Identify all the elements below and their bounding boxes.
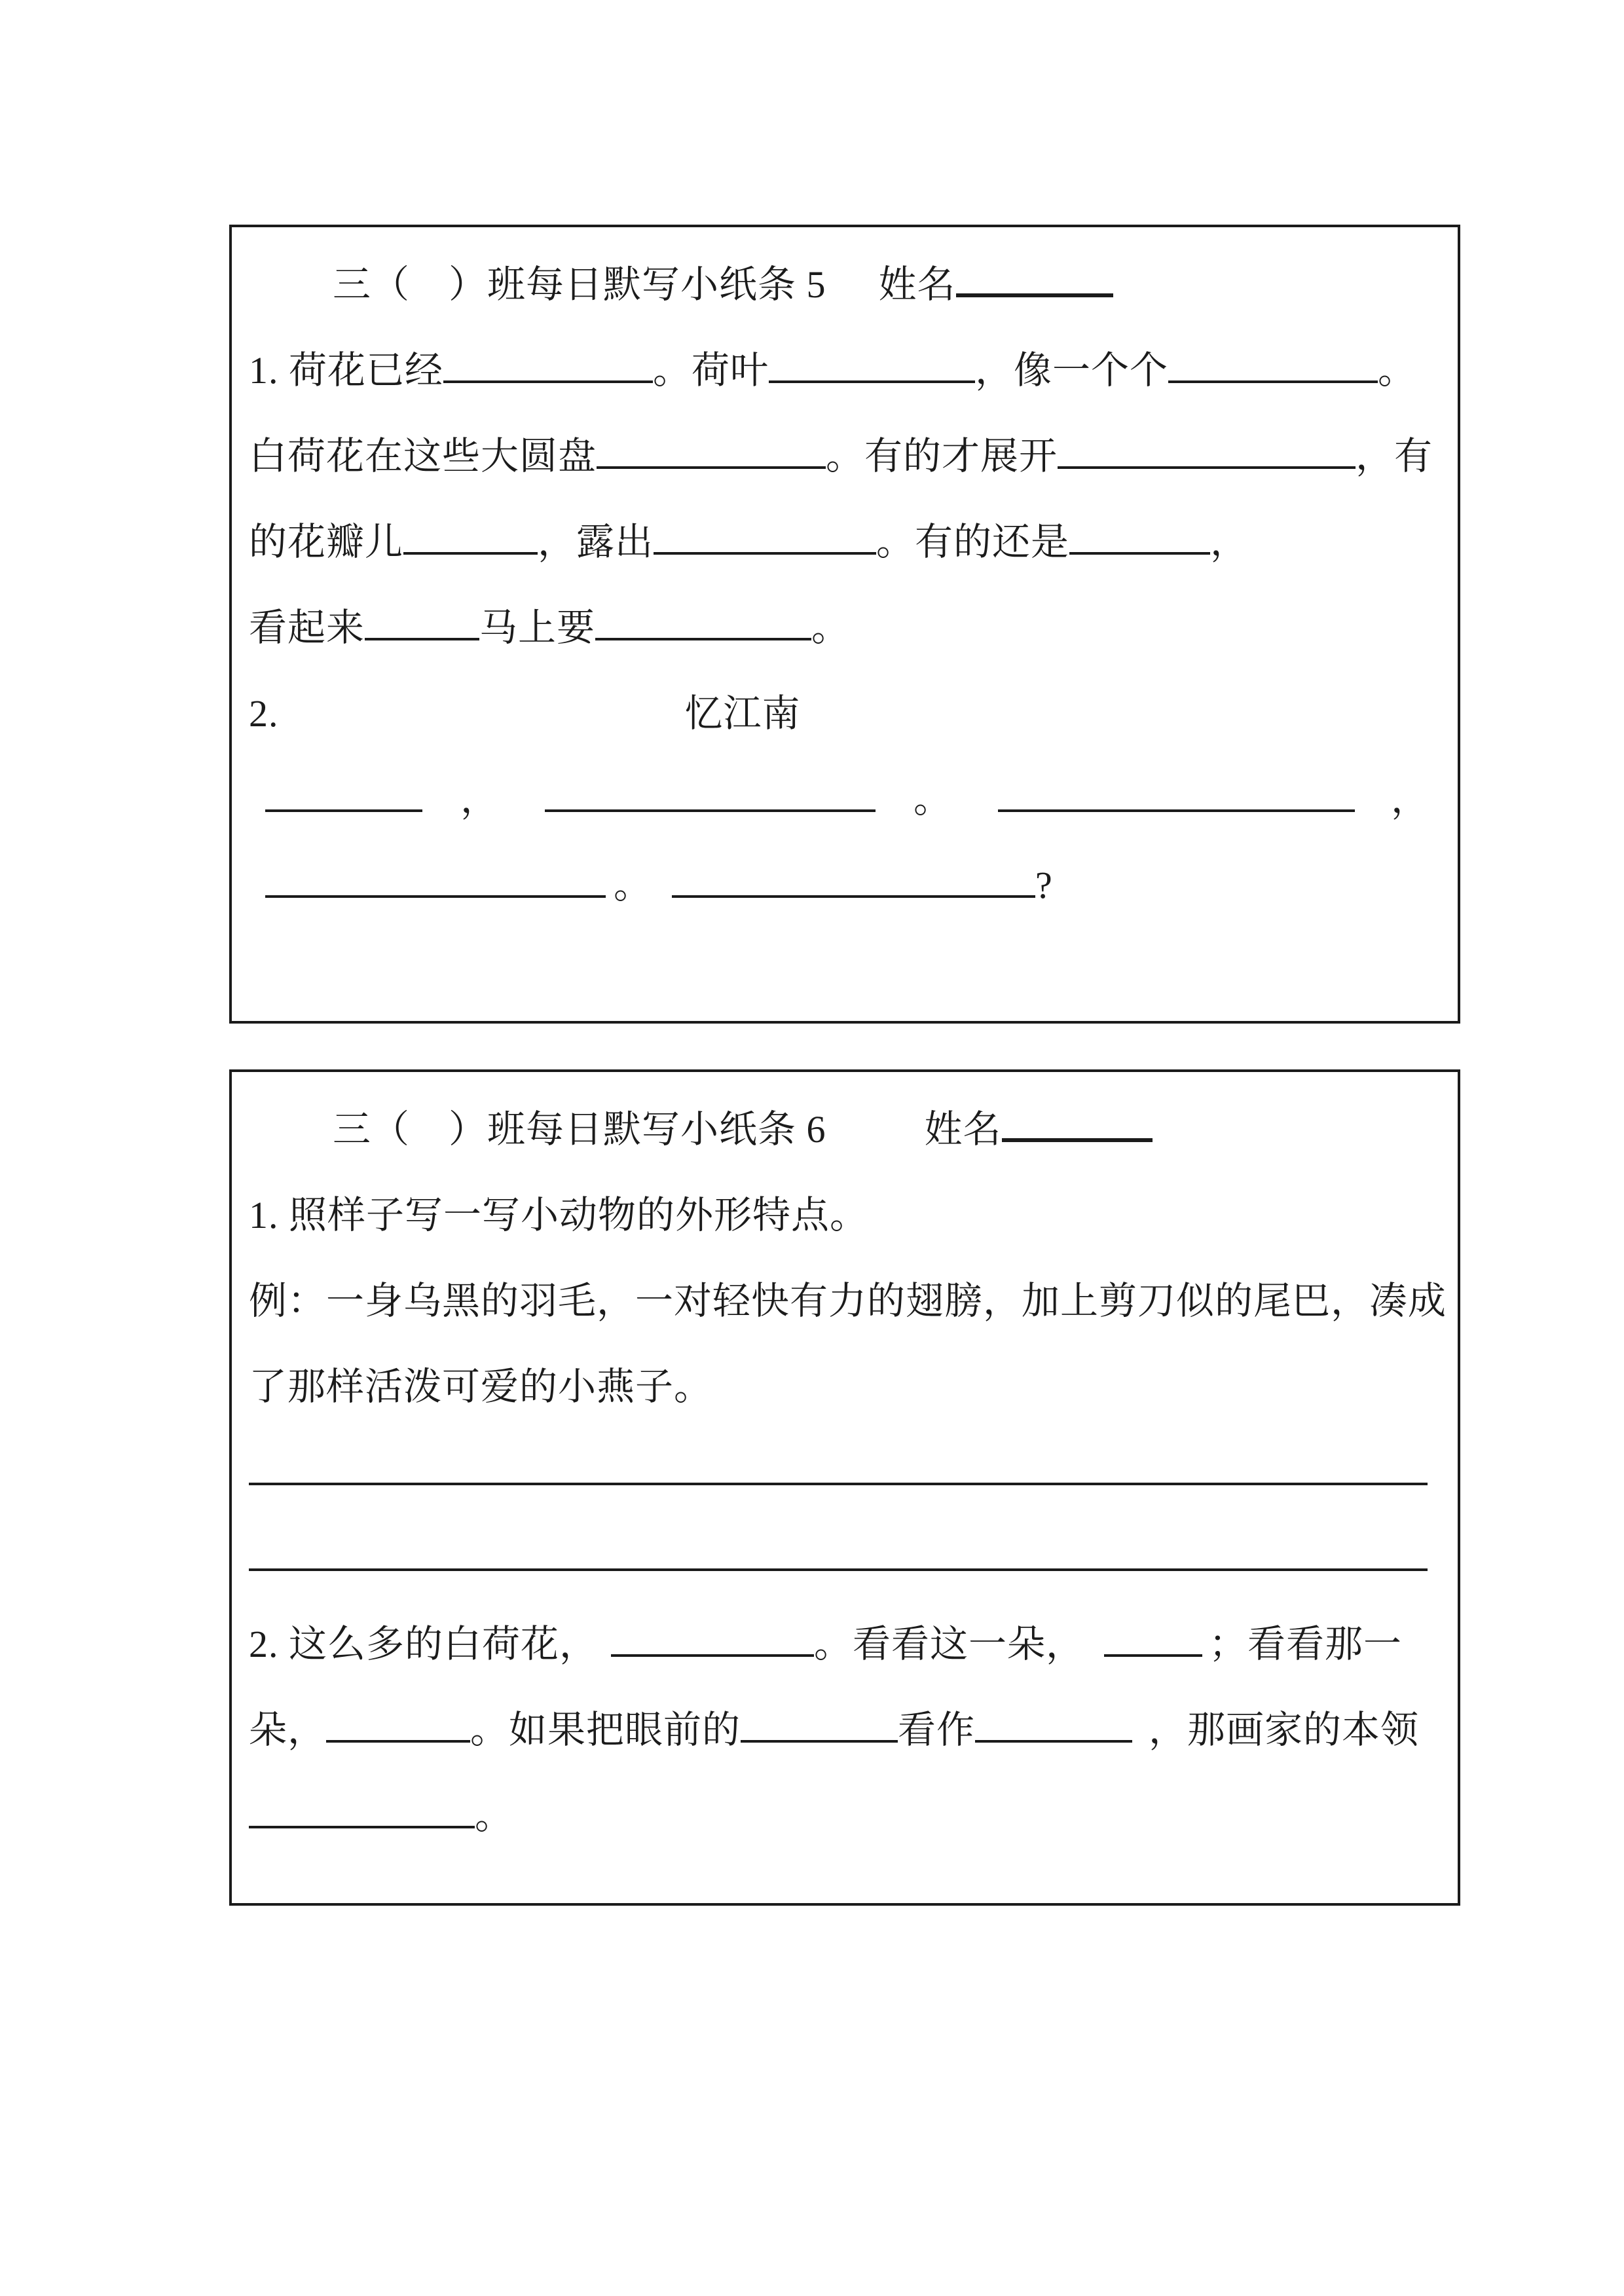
line-text: ，有 bbox=[1356, 435, 1433, 477]
blank-underline bbox=[769, 380, 975, 383]
spacer bbox=[1084, 1656, 1104, 1657]
line-text: ， bbox=[460, 778, 499, 821]
blank-underline bbox=[265, 809, 422, 812]
spacer bbox=[1355, 811, 1391, 812]
worksheet-line: 了那样活泼可爱的小燕子。 bbox=[249, 1344, 1447, 1430]
line-text: 看起来 bbox=[249, 606, 365, 649]
line-text: 。看看这一朵， bbox=[814, 1623, 1084, 1665]
spacer bbox=[826, 297, 879, 297]
blank-underline bbox=[545, 809, 876, 812]
blank-underline bbox=[365, 637, 479, 640]
line-text: 姓名 bbox=[879, 263, 956, 306]
blank-underline bbox=[998, 809, 1355, 812]
blank-underline bbox=[326, 1739, 470, 1743]
line-text: 白荷花在这些大圆盘 bbox=[249, 435, 597, 477]
spacer bbox=[606, 897, 614, 898]
spacer bbox=[249, 1141, 333, 1142]
blank-underline bbox=[975, 1739, 1132, 1743]
line-text: 。有的还是 bbox=[876, 521, 1069, 563]
worksheet-line: 。? bbox=[249, 842, 1447, 928]
line-text: 的花瓣儿 bbox=[249, 521, 403, 563]
spacer bbox=[249, 811, 265, 812]
worksheet-line: 1. 照样子写一写小动物的外形特点。 bbox=[249, 1172, 1447, 1258]
spacer bbox=[652, 897, 672, 898]
line-text: 马上要 bbox=[479, 606, 595, 649]
box-title-row: 三（ ）班每日默写小纸条 5姓名 bbox=[249, 242, 1447, 327]
blank-underline bbox=[1104, 1654, 1202, 1657]
line-text: 。荷叶 bbox=[653, 349, 769, 392]
line-text: ，那画家的本领 bbox=[1149, 1709, 1419, 1751]
blank-underline bbox=[1058, 466, 1356, 469]
blank-underline bbox=[1168, 380, 1378, 383]
line-text: 1. 荷花已经 bbox=[249, 349, 443, 392]
worksheet-line: 1. 荷花已经。荷叶，像一个个。 bbox=[249, 327, 1447, 413]
line-text: 。 bbox=[475, 1794, 513, 1837]
document-page: { "page": { "background": "#ffffff", "in… bbox=[0, 0, 1624, 2296]
line-text: ， bbox=[1391, 778, 1430, 821]
line-text: 。 bbox=[913, 778, 952, 821]
line-text: 。如果把眼前的 bbox=[470, 1709, 741, 1751]
spacer bbox=[279, 726, 685, 726]
line-text: 了那样活泼可爱的小燕子。 bbox=[249, 1365, 712, 1408]
name-underline bbox=[956, 293, 1113, 297]
line-text: 朵， bbox=[249, 1709, 326, 1751]
line-text: 忆江南 bbox=[685, 692, 801, 735]
blank-underline bbox=[249, 1568, 1428, 1571]
spacer bbox=[249, 897, 265, 898]
blank-underline bbox=[265, 895, 606, 898]
box-title-row: 三（ ）班每日默写小纸条 6姓名 bbox=[249, 1086, 1447, 1172]
blank-underline bbox=[403, 551, 538, 555]
line-text: 三（ ）班每日默写小纸条 6 bbox=[333, 1108, 826, 1151]
blank-underline bbox=[595, 637, 811, 640]
worksheet-line bbox=[249, 1515, 1447, 1601]
line-text: ；看看那一 bbox=[1209, 1623, 1402, 1665]
line-text: 看作 bbox=[898, 1709, 975, 1751]
blank-underline bbox=[741, 1739, 898, 1743]
blank-underline bbox=[611, 1654, 814, 1657]
worksheet-line: 的花瓣儿，露出。有的还是， bbox=[249, 499, 1447, 585]
blank-underline bbox=[672, 895, 1035, 898]
spacer bbox=[499, 811, 545, 812]
name-underline bbox=[1002, 1138, 1153, 1142]
line-text: ， bbox=[1210, 521, 1249, 563]
blank-underline bbox=[443, 380, 653, 383]
spacer bbox=[1202, 1656, 1209, 1657]
line-text: ，露出 bbox=[538, 521, 654, 563]
worksheet-line: 2. 这么多的白荷花，。看看这一朵，；看看那一 bbox=[249, 1601, 1447, 1687]
spacer bbox=[249, 297, 333, 297]
worksheet-line: 2.忆江南 bbox=[249, 671, 1447, 756]
spacer bbox=[598, 1656, 611, 1657]
spacer bbox=[952, 811, 998, 812]
line-text: 。 bbox=[614, 864, 652, 906]
spacer bbox=[1132, 1742, 1149, 1743]
line-text: ? bbox=[1035, 864, 1053, 906]
line-text: 例：一身乌黑的羽毛，一对轻快有力的翅膀，加上剪刀似的尾巴，凑成 bbox=[249, 1280, 1447, 1322]
line-text: 。 bbox=[1378, 349, 1416, 392]
worksheet-line: 。 bbox=[249, 1773, 1447, 1859]
blank-underline bbox=[597, 466, 826, 469]
line-text: 1. 照样子写一写小动物的外形特点。 bbox=[249, 1194, 868, 1236]
spacer bbox=[876, 811, 913, 812]
worksheet-line: 朵，。如果把眼前的看作，那画家的本领 bbox=[249, 1687, 1447, 1773]
blank-underline bbox=[1069, 551, 1210, 555]
line-text: 。 bbox=[811, 606, 850, 649]
worksheet-line: 白荷花在这些大圆盘。有的才展开，有 bbox=[249, 413, 1447, 499]
worksheet-line: 例：一身乌黑的羽毛，一对轻快有力的翅膀，加上剪刀似的尾巴，凑成 bbox=[249, 1258, 1447, 1344]
blank-underline bbox=[249, 1482, 1428, 1485]
worksheet-box-slip-6: 三（ ）班每日默写小纸条 6姓名1. 照样子写一写小动物的外形特点。例：一身乌黑… bbox=[229, 1069, 1460, 1906]
line-text: 。有的才展开 bbox=[826, 435, 1058, 477]
line-text: 2. 这么多的白荷花， bbox=[249, 1623, 598, 1665]
worksheet-line bbox=[249, 1430, 1447, 1515]
line-text: 2. bbox=[249, 692, 279, 735]
worksheet-box-slip-5: 三（ ）班每日默写小纸条 5姓名1. 荷花已经。荷叶，像一个个。白荷花在这些大圆… bbox=[229, 225, 1460, 1024]
worksheet-line: 看起来马上要。 bbox=[249, 585, 1447, 671]
worksheet-line: ，。， bbox=[249, 756, 1447, 842]
spacer bbox=[422, 811, 460, 812]
spacer bbox=[826, 1141, 925, 1142]
worksheet-sheet: 三（ ）班每日默写小纸条 5姓名1. 荷花已经。荷叶，像一个个。白荷花在这些大圆… bbox=[0, 0, 1624, 2296]
blank-underline bbox=[654, 551, 876, 555]
line-text: ，像一个个 bbox=[975, 349, 1168, 392]
line-text: 三（ ）班每日默写小纸条 5 bbox=[333, 263, 826, 306]
line-text: 姓名 bbox=[925, 1108, 1002, 1151]
blank-underline bbox=[249, 1825, 475, 1828]
